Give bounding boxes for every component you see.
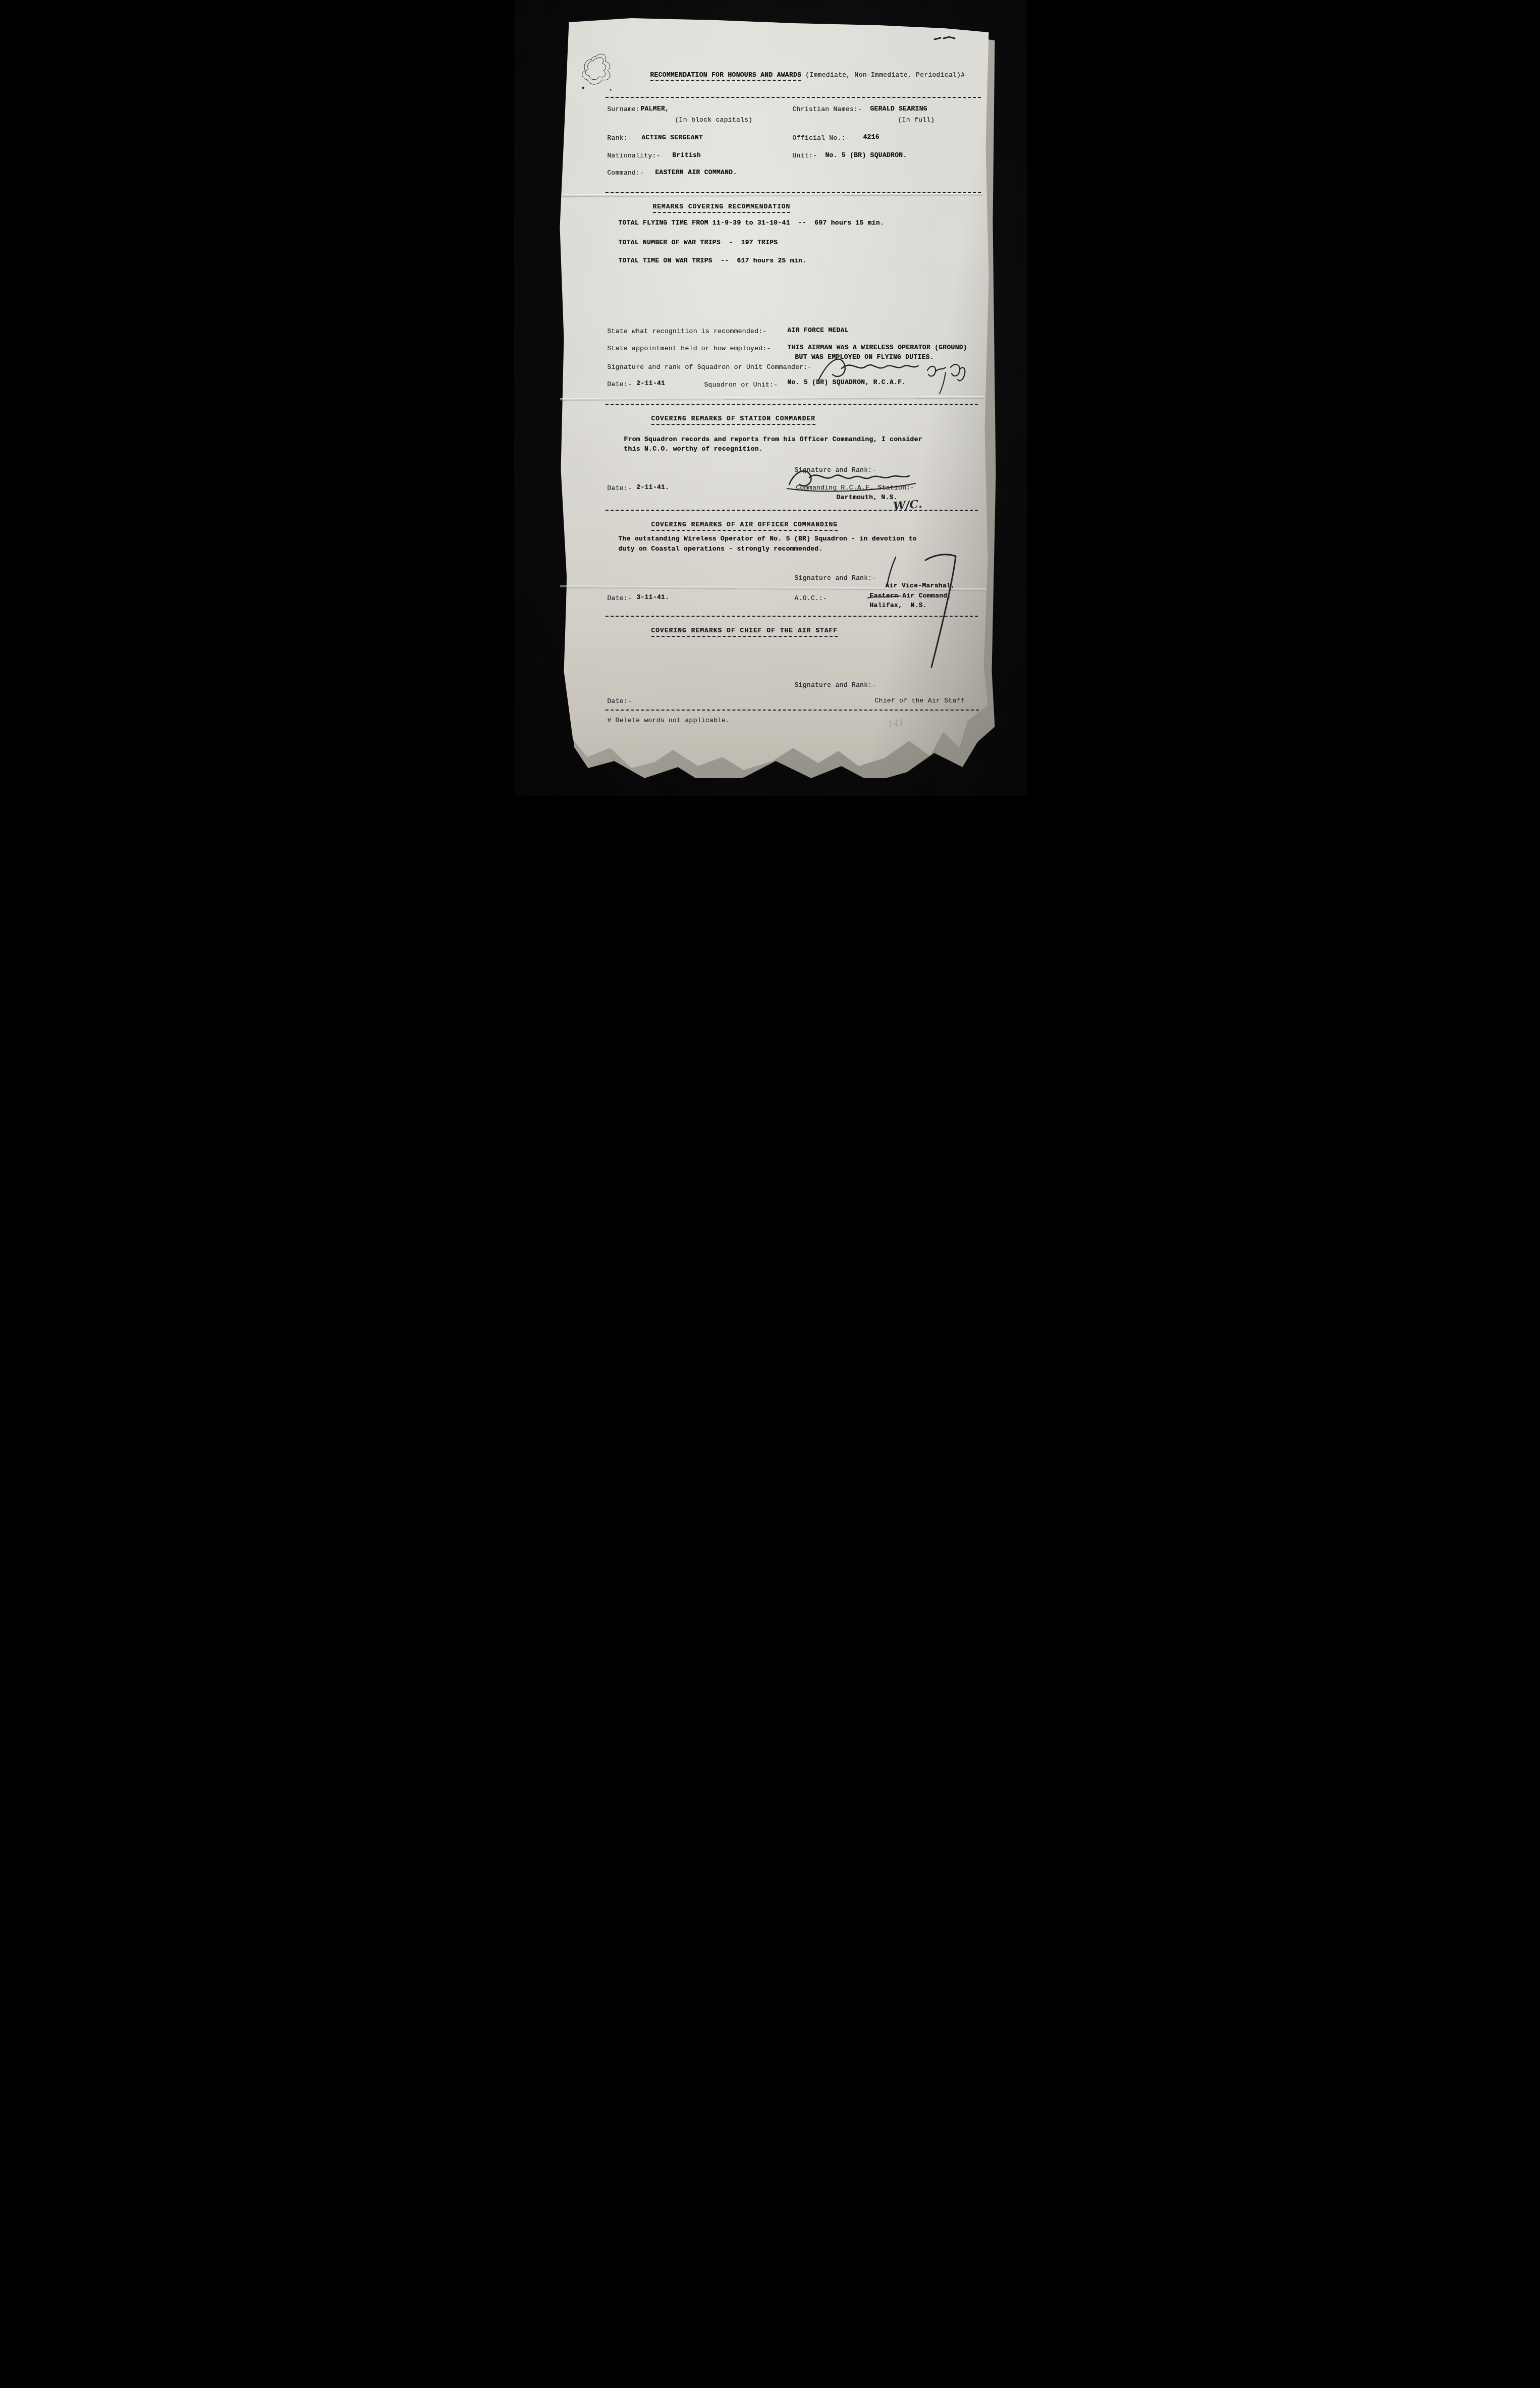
divider-rule — [606, 616, 978, 617]
chief-heading: COVERING REMARKS OF CHIEF OF THE AIR STA… — [651, 626, 838, 637]
aoc-body-line2: duty on Coastal operations - strongly re… — [619, 545, 823, 553]
remarks-line-flying-time: TOTAL FLYING TIME FROM 11-9-39 to 31-10-… — [619, 219, 885, 227]
aoc-body-line1: The outstanding Wireless Operator of No.… — [619, 534, 917, 543]
aoc-date-label: Date:- — [608, 594, 632, 603]
unit-label: Unit:- — [793, 151, 817, 160]
remarks-line-war-trip-time: TOTAL TIME ON WAR TRIPS -- 617 hours 25 … — [619, 256, 807, 265]
squadron-or-unit-value: No. 5 (BR) SQUADRON, R.C.A.F. — [788, 378, 906, 387]
recognition-label: State what recognition is recommended:- — [608, 327, 767, 336]
aoc-pen-stroke — [882, 550, 963, 671]
christian-names-label: Christian Names:- — [793, 105, 862, 114]
aoc-date-value: 3-11-41. — [637, 593, 670, 602]
surname-value: PALMER, — [641, 104, 670, 113]
divider-rule — [606, 192, 981, 193]
scanned-document-photo: RECOMMENDATION FOR HONOURS AND AWARDS (I… — [514, 0, 1027, 796]
station-commander-heading: COVERING REMARKS OF STATION COMMANDER — [651, 414, 816, 425]
divider-rule — [606, 404, 978, 405]
christian-names-value: GERALD SEARING — [870, 104, 927, 113]
chief-rank-value: Chief of the Air Staff — [875, 696, 965, 705]
squadron-commander-signature — [815, 350, 972, 396]
nationality-label: Nationality:- — [608, 151, 661, 160]
remarks-heading: REMARKS COVERING RECOMMENDATION — [653, 202, 791, 213]
station-date-value: 2-11-41. — [637, 483, 670, 492]
aoc-heading: COVERING REMARKS OF AIR OFFICER COMMANDI… — [651, 520, 838, 531]
remarks-line-war-trips: TOTAL NUMBER OF WAR TRIPS - 197 TRIPS — [619, 238, 778, 247]
page-title-main: RECOMMENDATION FOR HONOURS AND AWARDS — [650, 71, 802, 81]
chief-signature-label: Signature and Rank:- — [795, 681, 876, 689]
station-commander-body-line1: From Squadron records and reports from h… — [624, 435, 922, 444]
station-commander-body-line2: this N.C.O. worthy of recognition. — [624, 445, 763, 453]
aoc-signature-label: Signature and Rank:- — [795, 574, 876, 582]
command-value: EASTERN AIR COMMAND. — [655, 168, 737, 177]
station-value: Dartmouth, N.S. — [837, 493, 898, 502]
recommendation-date-value: 2-11-41 — [637, 379, 666, 388]
recommendation-date-label: Date:- — [608, 380, 632, 389]
command-label: Command:- — [608, 169, 644, 177]
page-title-suffix: (Immediate, Non-Immediate, Periodical)# — [801, 71, 965, 79]
rank-label: Rank:- — [608, 134, 632, 142]
official-no-value: 4216 — [863, 133, 879, 141]
surname-note: (In block capitals) — [675, 116, 753, 124]
chief-date-label: Date:- — [608, 697, 632, 705]
torn-hole — [578, 50, 622, 97]
surname-label: Surname:- — [608, 105, 644, 114]
squadron-commander-signature-label: Signature and rank of Squadron or Unit C… — [608, 363, 812, 371]
squadron-or-unit-label: Squadron or Unit:- — [704, 381, 778, 389]
footnote: # Delete words not applicable. — [608, 716, 730, 725]
nationality-value: British — [673, 151, 701, 159]
divider-rule — [606, 510, 978, 511]
recognition-value: AIR FORCE MEDAL — [788, 326, 849, 335]
unit-value: No. 5 (BR) SQUADRON. — [826, 151, 907, 159]
page-title: RECOMMENDATION FOR HONOURS AND AWARDS (I… — [650, 71, 965, 79]
aoc-label: A.O.C.:- — [795, 594, 828, 603]
appointment-label: State appointment held or how employed:- — [608, 344, 771, 353]
rank-value: ACTING SERGEANT — [642, 133, 703, 142]
commanding-station-label: Commanding R.C.A.F. Station:- — [796, 483, 915, 492]
christian-names-note: (In full) — [898, 116, 935, 124]
station-date-label: Date:- — [608, 484, 632, 493]
official-no-label: Official No.:- — [793, 134, 850, 142]
divider-rule — [606, 97, 981, 98]
staple-mark — [932, 33, 957, 44]
divider-rule — [606, 710, 979, 711]
